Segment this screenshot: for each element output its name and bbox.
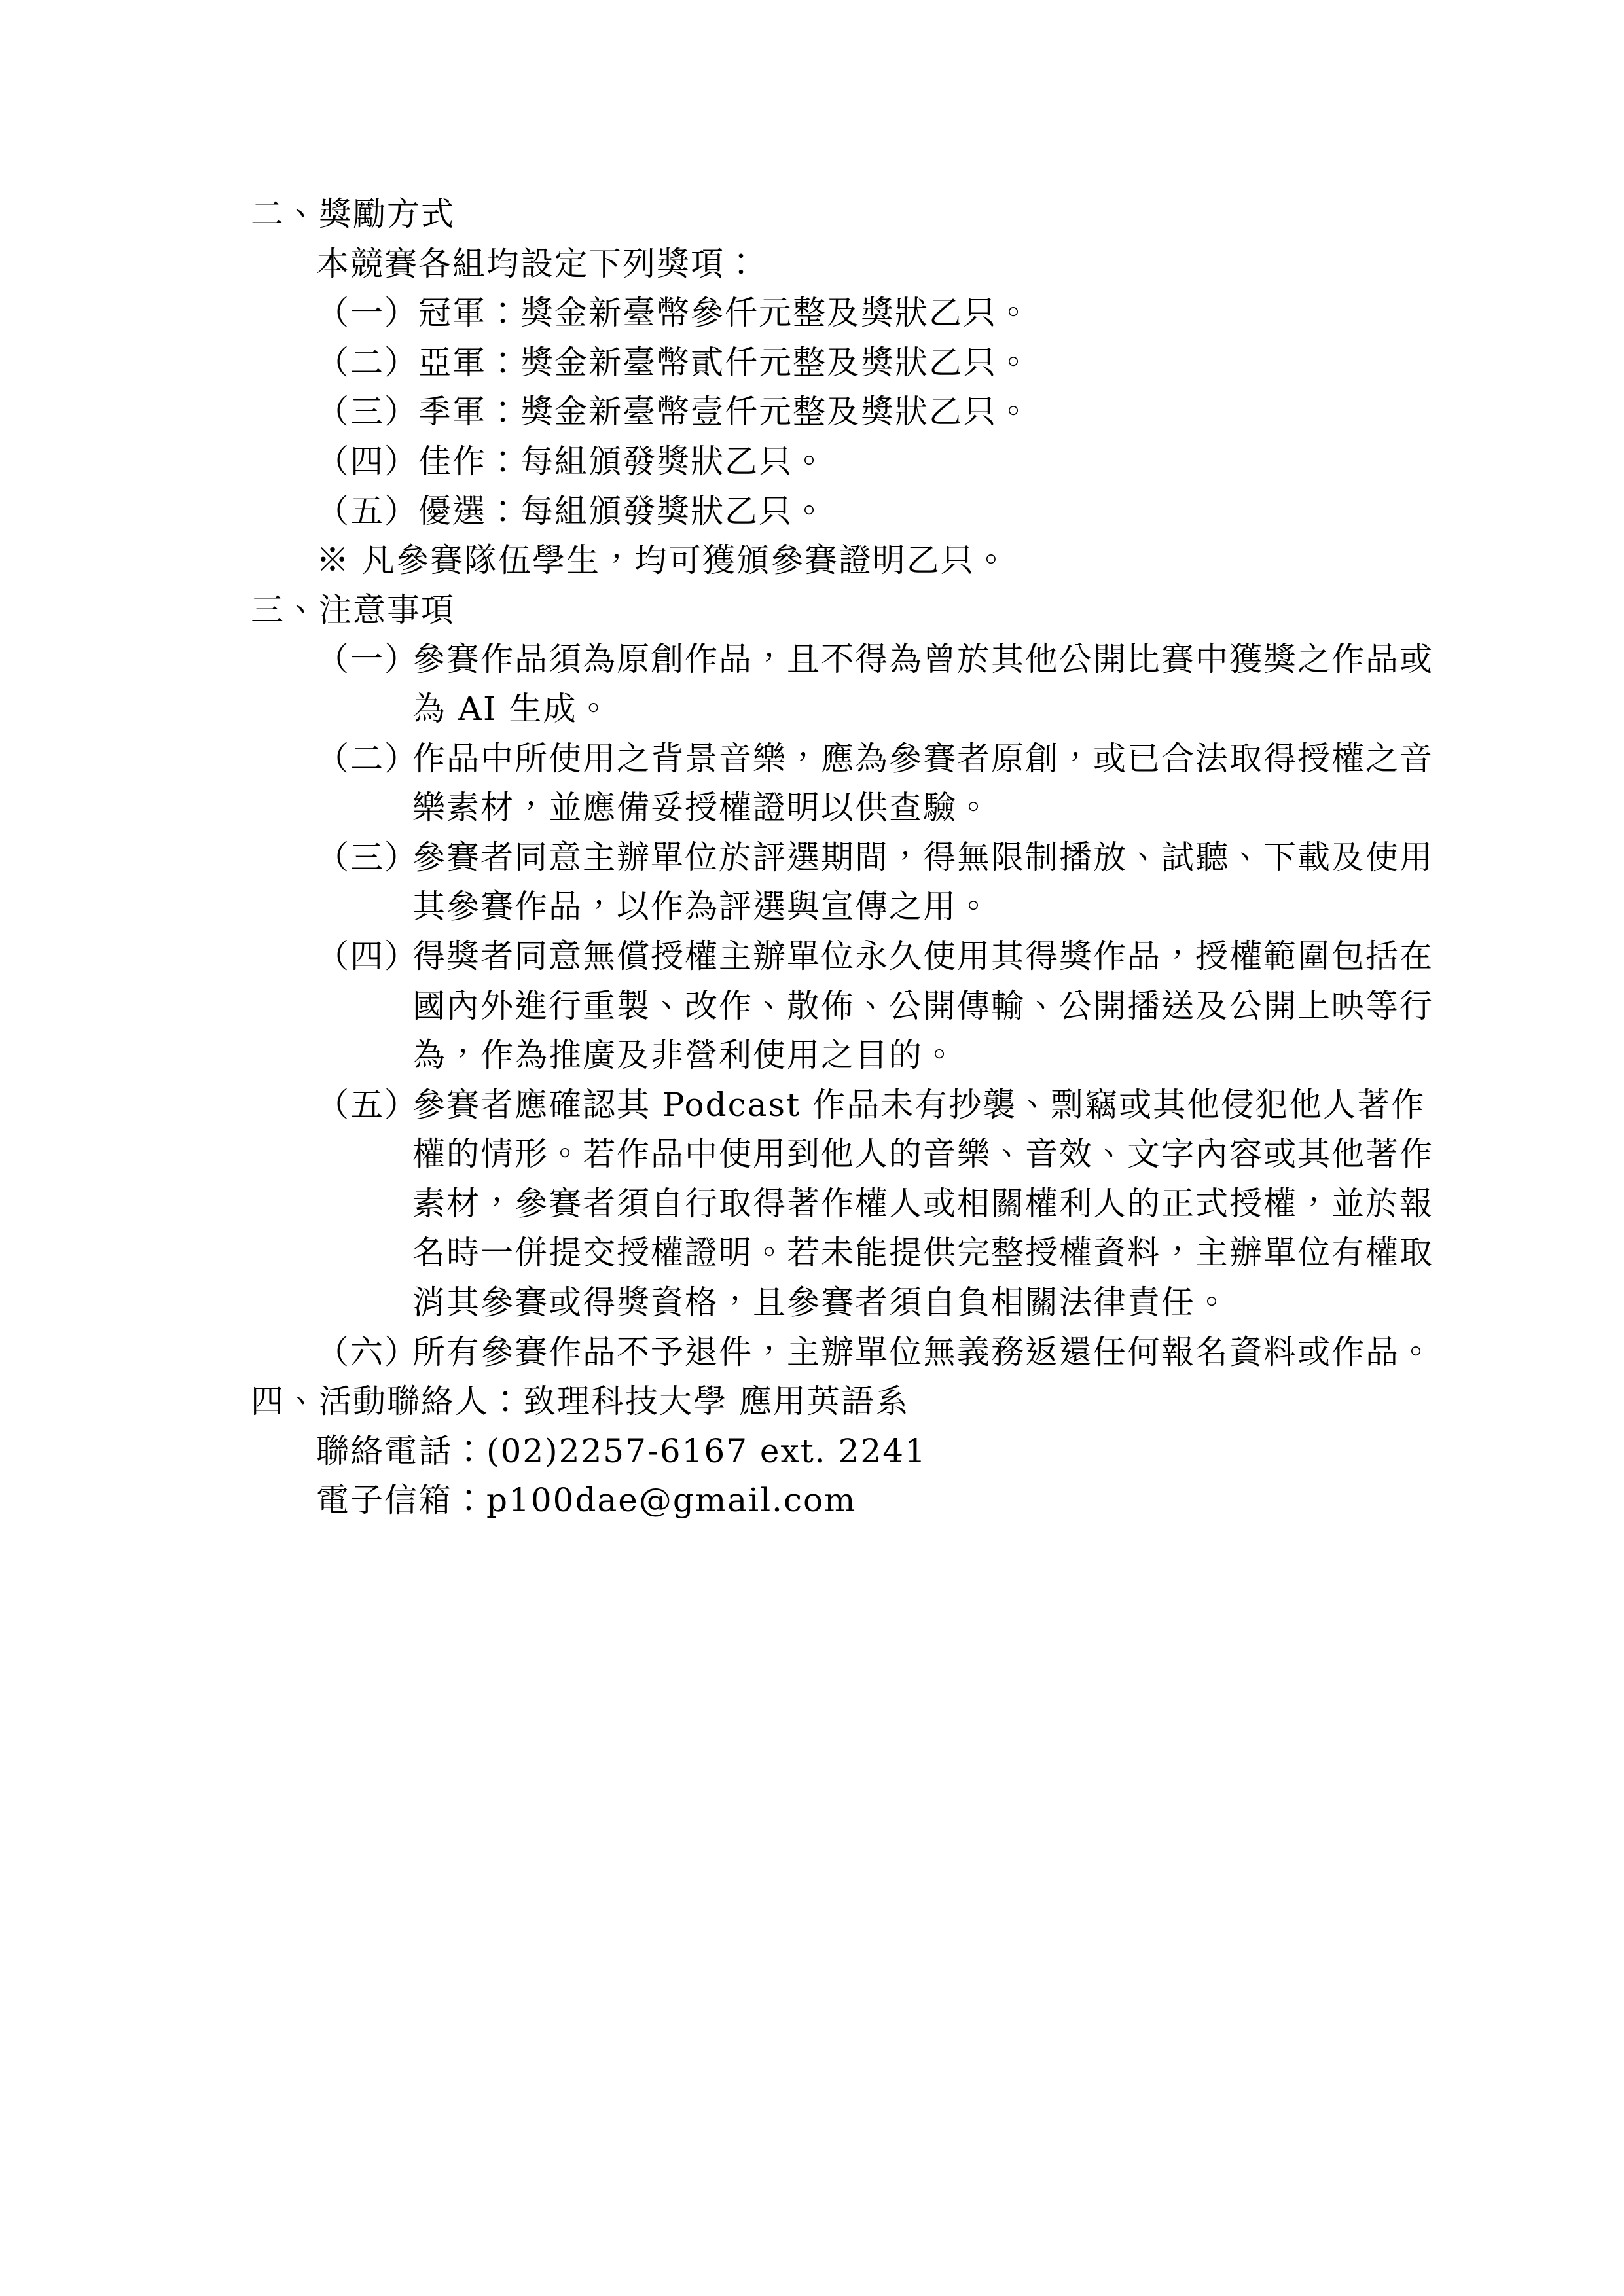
reward-item-merit: （五）優選：每組頒發獎狀乙只。 <box>316 487 1375 537</box>
reward-item-champion: （一）冠軍：獎金新臺幣參仟元整及獎狀乙只。 <box>316 289 1375 338</box>
notes-item-4-line-2: 國內外進行重製、改作、散佈、公開傳輸、公開播送及公開上映等行 <box>412 982 1375 1031</box>
notes-item-1-label: （一） <box>316 635 418 685</box>
notes-item-3-text: 參賽者同意主辦單位於評選期間，得無限制播放、試聽、下載及使用 <box>412 838 1434 876</box>
notes-item-6-label: （六） <box>316 1328 418 1378</box>
notes-item-1: （一）參賽作品須為原創作品，且不得為曾於其他公開比賽中獲獎之作品或 為 AI 生… <box>251 635 1375 734</box>
document-content: 二、獎勵方式 本競賽各組均設定下列獎項： （一）冠軍：獎金新臺幣參仟元整及獎狀乙… <box>251 190 1375 1526</box>
contact-phone-line: 聯絡電話：(02)2257-6167 ext. 2241 <box>316 1427 1375 1477</box>
notes-item-5-line-1: （五）參賽者應確認其 Podcast 作品未有抄襲、剽竊或其他侵犯他人著作 <box>251 1081 1375 1130</box>
section-rewards-heading: 二、獎勵方式 <box>251 190 1375 240</box>
notes-item-4-text: 得獎者同意無償授權主辦單位永久使用其得獎作品，授權範圍包括在 <box>412 937 1434 975</box>
notes-item-4-line-1: （四）得獎者同意無償授權主辦單位永久使用其得獎作品，授權範圍包括在 <box>251 932 1375 982</box>
notes-item-6-text: 所有參賽作品不予退件，主辦單位無義務返還任何報名資料或作品。 <box>412 1333 1434 1371</box>
notes-item-2: （二）作品中所使用之背景音樂，應為參賽者原創，或已合法取得授權之音 樂素材，並應… <box>251 734 1375 833</box>
notes-item-2-text: 作品中所使用之背景音樂，應為參賽者原創，或已合法取得授權之音 <box>412 740 1434 778</box>
notes-item-2-line-1: （二）作品中所使用之背景音樂，應為參賽者原創，或已合法取得授權之音 <box>251 734 1375 784</box>
section-rewards: 二、獎勵方式 本競賽各組均設定下列獎項： （一）冠軍：獎金新臺幣參仟元整及獎狀乙… <box>251 190 1375 586</box>
notes-item-5-line-2: 權的情形。若作品中使用到他人的音樂、音效、文字內容或其他著作 <box>412 1130 1375 1179</box>
section-rewards-intro: 本競賽各組均設定下列獎項： <box>316 240 1375 289</box>
notes-item-2-line-2: 樂素材，並應備妥授權證明以供查驗。 <box>412 783 1375 833</box>
notes-item-5-line-5: 消其參賽或得獎資格，且參賽者須自負相關法律責任。 <box>412 1278 1375 1328</box>
notes-item-4-line-3: 為，作為推廣及非營利使用之目的。 <box>412 1031 1375 1081</box>
section-notes: 三、注意事項 （一）參賽作品須為原創作品，且不得為曾於其他公開比賽中獲獎之作品或… <box>251 586 1375 1378</box>
notes-item-5-label: （五） <box>316 1081 418 1130</box>
page: 二、獎勵方式 本競賽各組均設定下列獎項： （一）冠軍：獎金新臺幣參仟元整及獎狀乙… <box>0 0 1624 2296</box>
reward-item-third-place: （三）季軍：獎金新臺幣壹仟元整及獎狀乙只。 <box>316 387 1375 437</box>
section-contact-heading: 四、活動聯絡人：致理科技大學 應用英語系 <box>251 1377 1375 1427</box>
section-notes-heading: 三、注意事項 <box>251 586 1375 636</box>
notes-item-4-label: （四） <box>316 932 418 982</box>
notes-item-6-line-1: （六）所有參賽作品不予退件，主辦單位無義務返還任何報名資料或作品。 <box>251 1328 1375 1378</box>
participation-note: ※ 凡參賽隊伍學生，均可獲頒參賽證明乙只。 <box>316 536 1375 586</box>
notes-item-1-line-2: 為 AI 生成。 <box>412 685 1375 734</box>
notes-item-2-label: （二） <box>316 734 418 784</box>
reward-item-honorable-mention: （四）佳作：每組頒發獎狀乙只。 <box>316 437 1375 487</box>
reward-item-runner-up: （二）亞軍：獎金新臺幣貳仟元整及獎狀乙只。 <box>316 338 1375 388</box>
notes-item-3-line-2: 其參賽作品，以作為評選與宣傳之用。 <box>412 882 1375 932</box>
notes-item-5-text: 參賽者應確認其 Podcast 作品未有抄襲、剽竊或其他侵犯他人著作 <box>412 1086 1425 1124</box>
contact-email-line: 電子信箱：p100dae@gmail.com <box>316 1476 1375 1526</box>
notes-item-3-line-1: （三）參賽者同意主辦單位於評選期間，得無限制播放、試聽、下載及使用 <box>251 833 1375 883</box>
notes-item-5-line-3: 素材，參賽者須自行取得著作權人或相關權利人的正式授權，並於報 <box>412 1179 1375 1229</box>
notes-item-1-text: 參賽作品須為原創作品，且不得為曾於其他公開比賽中獲獎之作品或 <box>412 640 1434 678</box>
notes-item-4: （四）得獎者同意無償授權主辦單位永久使用其得獎作品，授權範圍包括在 國內外進行重… <box>251 932 1375 1081</box>
section-contact: 四、活動聯絡人：致理科技大學 應用英語系 聯絡電話：(02)2257-6167 … <box>251 1377 1375 1526</box>
notes-item-3-label: （三） <box>316 833 418 883</box>
notes-item-1-line-1: （一）參賽作品須為原創作品，且不得為曾於其他公開比賽中獲獎之作品或 <box>251 635 1375 685</box>
notes-item-5: （五）參賽者應確認其 Podcast 作品未有抄襲、剽竊或其他侵犯他人著作 權的… <box>251 1081 1375 1328</box>
notes-item-3: （三）參賽者同意主辦單位於評選期間，得無限制播放、試聽、下載及使用 其參賽作品，… <box>251 833 1375 932</box>
notes-item-5-line-4: 名時一併提交授權證明。若未能提供完整授權資料，主辦單位有權取 <box>412 1229 1375 1278</box>
notes-item-6: （六）所有參賽作品不予退件，主辦單位無義務返還任何報名資料或作品。 <box>251 1328 1375 1378</box>
